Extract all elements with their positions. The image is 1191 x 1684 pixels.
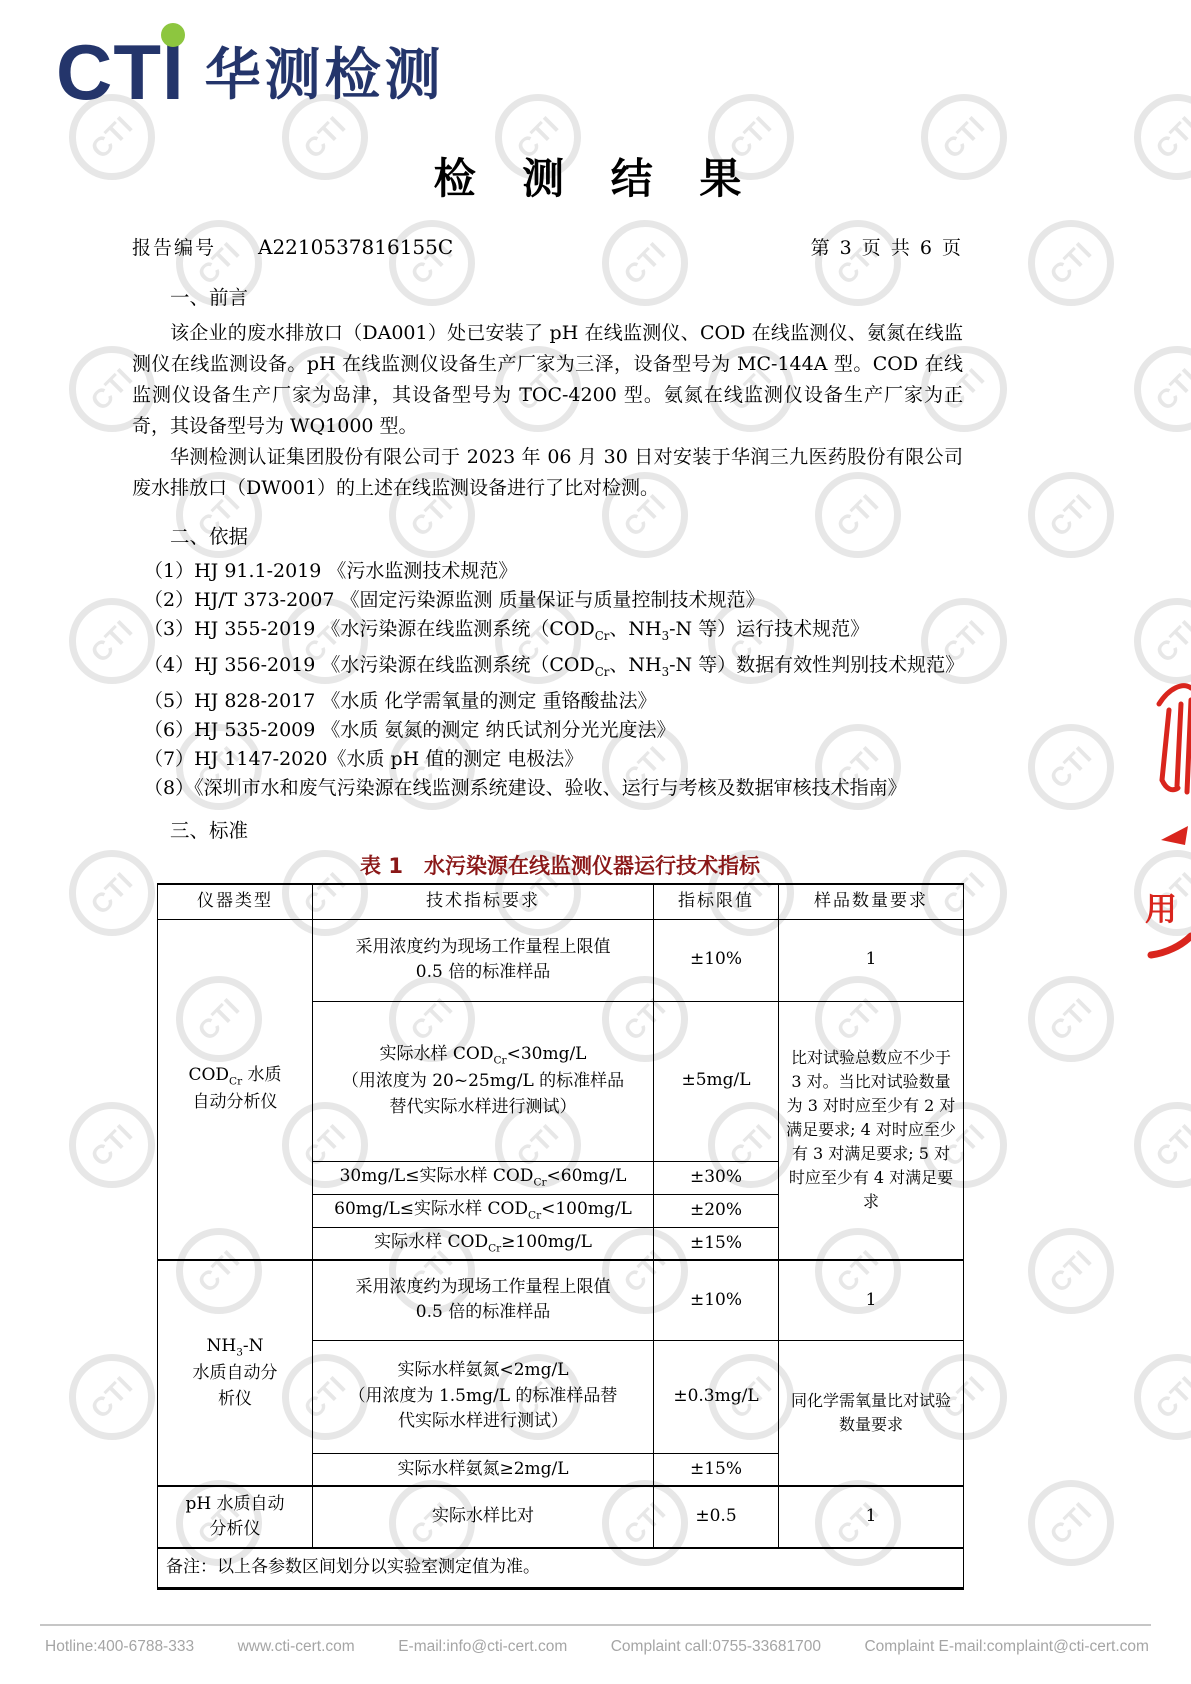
cell-r4-limit: ±20% — [654, 1194, 779, 1227]
basis-item: （6）HJ 535-2009 《水质 氨氮的测定 纳氏试剂分光光度法》 — [132, 716, 963, 745]
preface-paragraph-1: 该企业的废水排放口（DA001）处已安装了 pH 在线监测仪、COD 在线监测仪… — [132, 318, 963, 442]
section-heading-standards: 三、标准 — [132, 815, 963, 846]
table-row: NH3-N水质自动分析仪 采用浓度约为现场工作量程上限值0.5 倍的标准样品 ±… — [158, 1260, 964, 1340]
section-heading-basis: 二、依据 — [132, 521, 963, 552]
cti-logo-chinese: 华测检测 — [205, 46, 445, 106]
cell-r1-qty: 1 — [779, 919, 964, 1001]
cti-logo-text: CTI — [56, 32, 185, 112]
page-title: 检 测 结 果 — [0, 146, 1191, 206]
cell-r9-qty: 1 — [779, 1486, 964, 1548]
standards-table: 仪器类型 技术指标要求 指标限值 样品数量要求 CODCr 水质自动分析仪 采用… — [157, 883, 964, 1591]
page-indicator: 第 3 页 共 6 页 — [811, 233, 963, 260]
cell-r8-limit: ±15% — [654, 1453, 779, 1486]
report-meta-row: 报告编号 A2210537816155C 第 3 页 共 6 页 — [132, 233, 963, 260]
basis-item: （5）HJ 828-2017 《水质 化学需氧量的测定 重铬酸盐法》 — [132, 687, 963, 716]
table-note: 备注：以上各参数区间划分以实验室测定值为准。 — [158, 1548, 964, 1589]
preface-paragraph-2: 华测检测认证集团股份有限公司于 2023 年 06 月 30 日对安装于华润三九… — [132, 442, 963, 504]
cell-r3-requirement: 30mg/L≤实际水样 CODCr<60mg/L — [313, 1161, 654, 1194]
basis-item: （2）HJ/T 373-2007 《固定污染源监测 质量保证与质量控制技术规范》 — [132, 586, 963, 615]
table-row: CODCr 水质自动分析仪 采用浓度约为现场工作量程上限值0.5 倍的标准样品 … — [158, 919, 964, 1001]
report-page: CTICTICTICTICTICTICTICTICTICTICTICTICTIC… — [0, 0, 1191, 1684]
cell-r3-limit: ±30% — [654, 1161, 779, 1194]
cell-cod-type: CODCr 水质自动分析仪 — [158, 919, 313, 1260]
cell-r9-requirement: 实际水样比对 — [313, 1486, 654, 1548]
cell-r5-requirement: 实际水样 CODCr≥100mg/L — [313, 1227, 654, 1260]
basis-item: （8）《深圳市水和废气污染源在线监测系统建设、验收、运行与考核及数据审核技术指南… — [132, 774, 963, 803]
cell-r5-limit: ±15% — [654, 1227, 779, 1260]
cell-r7-requirement: 实际水样氨氮<2mg/L（用浓度为 1.5mg/L 的标准样品替代实际水样进行测… — [313, 1340, 654, 1453]
seal-character: 用 — [1145, 890, 1177, 928]
basis-item: （4）HJ 356-2019 《水污染源在线监测系统（CODCr、NH3-N 等… — [132, 651, 963, 687]
footer-email: E-mail:info@cti-cert.com — [398, 1638, 567, 1656]
basis-item: （3）HJ 355-2019 《水污染源在线监测系统（CODCr、NH3-N 等… — [132, 615, 963, 651]
cell-r8-requirement: 实际水样氨氮≥2mg/L — [313, 1453, 654, 1486]
report-no-value: A2210537816155C — [258, 235, 453, 259]
table-row: pH 水质自动分析仪 实际水样比对 ±0.5 1 — [158, 1486, 964, 1548]
cell-r2-requirement: 实际水样 CODCr<30mg/L（用浓度为 20~25mg/L 的标准样品替代… — [313, 1001, 654, 1161]
footer-contact-bar: Hotline:400-6788-333 www.cti-cert.com E-… — [45, 1638, 1149, 1656]
footer-divider — [40, 1624, 1151, 1626]
cell-r9-limit: ±0.5 — [654, 1486, 779, 1548]
document-body: 一、前言 该企业的废水排放口（DA001）处已安装了 pH 在线监测仪、COD … — [132, 282, 963, 1590]
col-header-tech-requirement: 技术指标要求 — [313, 884, 654, 920]
cell-r6-qty: 1 — [779, 1260, 964, 1340]
footer-website: www.cti-cert.com — [238, 1638, 355, 1656]
standards-section: 三、标准 表 1 水污染源在线监测仪器运行技术指标 仪器类型 技术指标要求 指标… — [132, 815, 963, 1591]
col-header-sample-qty: 样品数量要求 — [779, 884, 964, 920]
footer-complaint-email: Complaint E-mail:complaint@cti-cert.com — [864, 1638, 1148, 1656]
footer-complaint-call: Complaint call:0755-33681700 — [611, 1638, 821, 1656]
basis-item: （7）HJ 1147-2020《水质 pH 值的测定 电极法》 — [132, 745, 963, 774]
report-no-label: 报告编号 — [132, 233, 216, 260]
green-dot-icon — [161, 23, 185, 47]
cell-r1-limit: ±10% — [654, 919, 779, 1001]
cell-r4-requirement: 60mg/L≤实际水样 CODCr<100mg/L — [313, 1194, 654, 1227]
cell-r7-limit: ±0.3mg/L — [654, 1340, 779, 1453]
cell-nh3-qty: 同化学需氧量比对试验数量要求 — [779, 1340, 964, 1486]
seal-triangle-icon — [1161, 826, 1188, 845]
table-header-row: 仪器类型 技术指标要求 指标限值 样品数量要求 — [158, 884, 964, 920]
table-caption: 表 1 水污染源在线监测仪器运行技术指标 — [157, 853, 963, 879]
basis-item: （1）HJ 91.1-2019 《污水监测技术规范》 — [132, 557, 963, 586]
footer-hotline: Hotline:400-6788-333 — [45, 1638, 194, 1656]
cell-nh3-type: NH3-N水质自动分析仪 — [158, 1260, 313, 1486]
basis-section: 二、依据 （1）HJ 91.1-2019 《污水监测技术规范》 （2）HJ/T … — [132, 521, 963, 803]
cti-logo: CTI 华测检测 — [56, 32, 445, 112]
cell-ph-type: pH 水质自动分析仪 — [158, 1486, 313, 1548]
cell-r6-limit: ±10% — [654, 1260, 779, 1340]
col-header-instrument-type: 仪器类型 — [158, 884, 313, 920]
cell-r1-requirement: 采用浓度约为现场工作量程上限值0.5 倍的标准样品 — [313, 919, 654, 1001]
section-heading-preface: 一、前言 — [132, 282, 963, 313]
cell-r6-requirement: 采用浓度约为现场工作量程上限值0.5 倍的标准样品 — [313, 1260, 654, 1340]
cell-r2-limit: ±5mg/L — [654, 1001, 779, 1161]
cell-cod-qty: 比对试验总数应不少于 3 对。当比对试验数量为 3 对时应至少有 2 对满足要求… — [779, 1001, 964, 1260]
col-header-limit: 指标限值 — [654, 884, 779, 920]
red-seal-stamp: 用 — [1139, 652, 1191, 964]
table-note-row: 备注：以上各参数区间划分以实验室测定值为准。 — [158, 1548, 964, 1589]
